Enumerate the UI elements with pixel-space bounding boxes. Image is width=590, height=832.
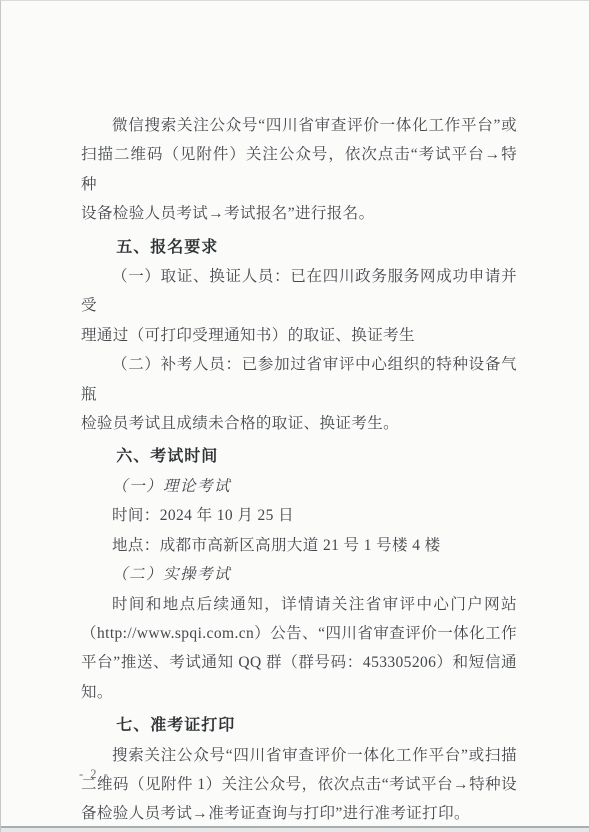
text-line: 时间和地点后续通知，详情请关注省审评中心门户网站 <box>81 590 517 619</box>
section-heading: 五、报名要求 <box>81 233 517 262</box>
text-line: 设备检验人员考试→考试报名”进行报名。 <box>81 199 517 228</box>
text-line: 平台”推送、考试通知 QQ 群（群号码：453305206）和短信通 <box>81 648 517 677</box>
text-line: 二维码（见附件 1）关注公众号，依次点击“考试平台→特种设 <box>81 770 517 799</box>
info-line: 时间：2024 年 10 月 25 日 <box>81 501 517 530</box>
text-line: 知。 <box>81 678 517 707</box>
subsection-heading: （一）理论考试 <box>81 472 517 501</box>
page-number: - 2 - <box>79 767 110 782</box>
text-line: 理通过（可打印受理通知书）的取证、换证考生 <box>81 321 517 350</box>
scan-bottom-strip <box>1 828 589 832</box>
document-body: 微信搜索关注公众号“四川省审查评价一体化工作平台”或扫描二维码（见附件）关注公众… <box>81 111 517 829</box>
text-line: 扫描二维码（见附件）关注公众号，依次点击“考试平台→特种 <box>81 140 517 199</box>
text-line: （http://www.spqi.com.cn）公告、“四川省审查评价一体化工作 <box>81 619 517 648</box>
text-line: （一）取证、换证人员：已在四川政务服务网成功申请并受 <box>81 262 517 321</box>
text-line: （二）补考人员：已参加过省审评中心组织的特种设备气瓶 <box>81 350 517 409</box>
info-line: 地点：成都市高新区高朋大道 21 号 1 号楼 4 楼 <box>81 531 517 560</box>
text-line: 搜索关注公众号“四川省审查评价一体化工作平台”或扫描 <box>81 741 517 770</box>
text-line: 备检验人员考试→准考证查询与打印”进行准考证打印。 <box>81 799 517 828</box>
document-page: 微信搜索关注公众号“四川省审查评价一体化工作平台”或扫描二维码（见附件）关注公众… <box>0 0 590 832</box>
section-heading: 六、考试时间 <box>81 442 517 471</box>
subsection-heading: （二）实操考试 <box>81 560 517 589</box>
text-line: 检验员考试且成绩未合格的取证、换证考生。 <box>81 409 517 438</box>
text-line: 微信搜索关注公众号“四川省审查评价一体化工作平台”或 <box>81 111 517 140</box>
section-heading: 七、准考证打印 <box>81 711 517 740</box>
